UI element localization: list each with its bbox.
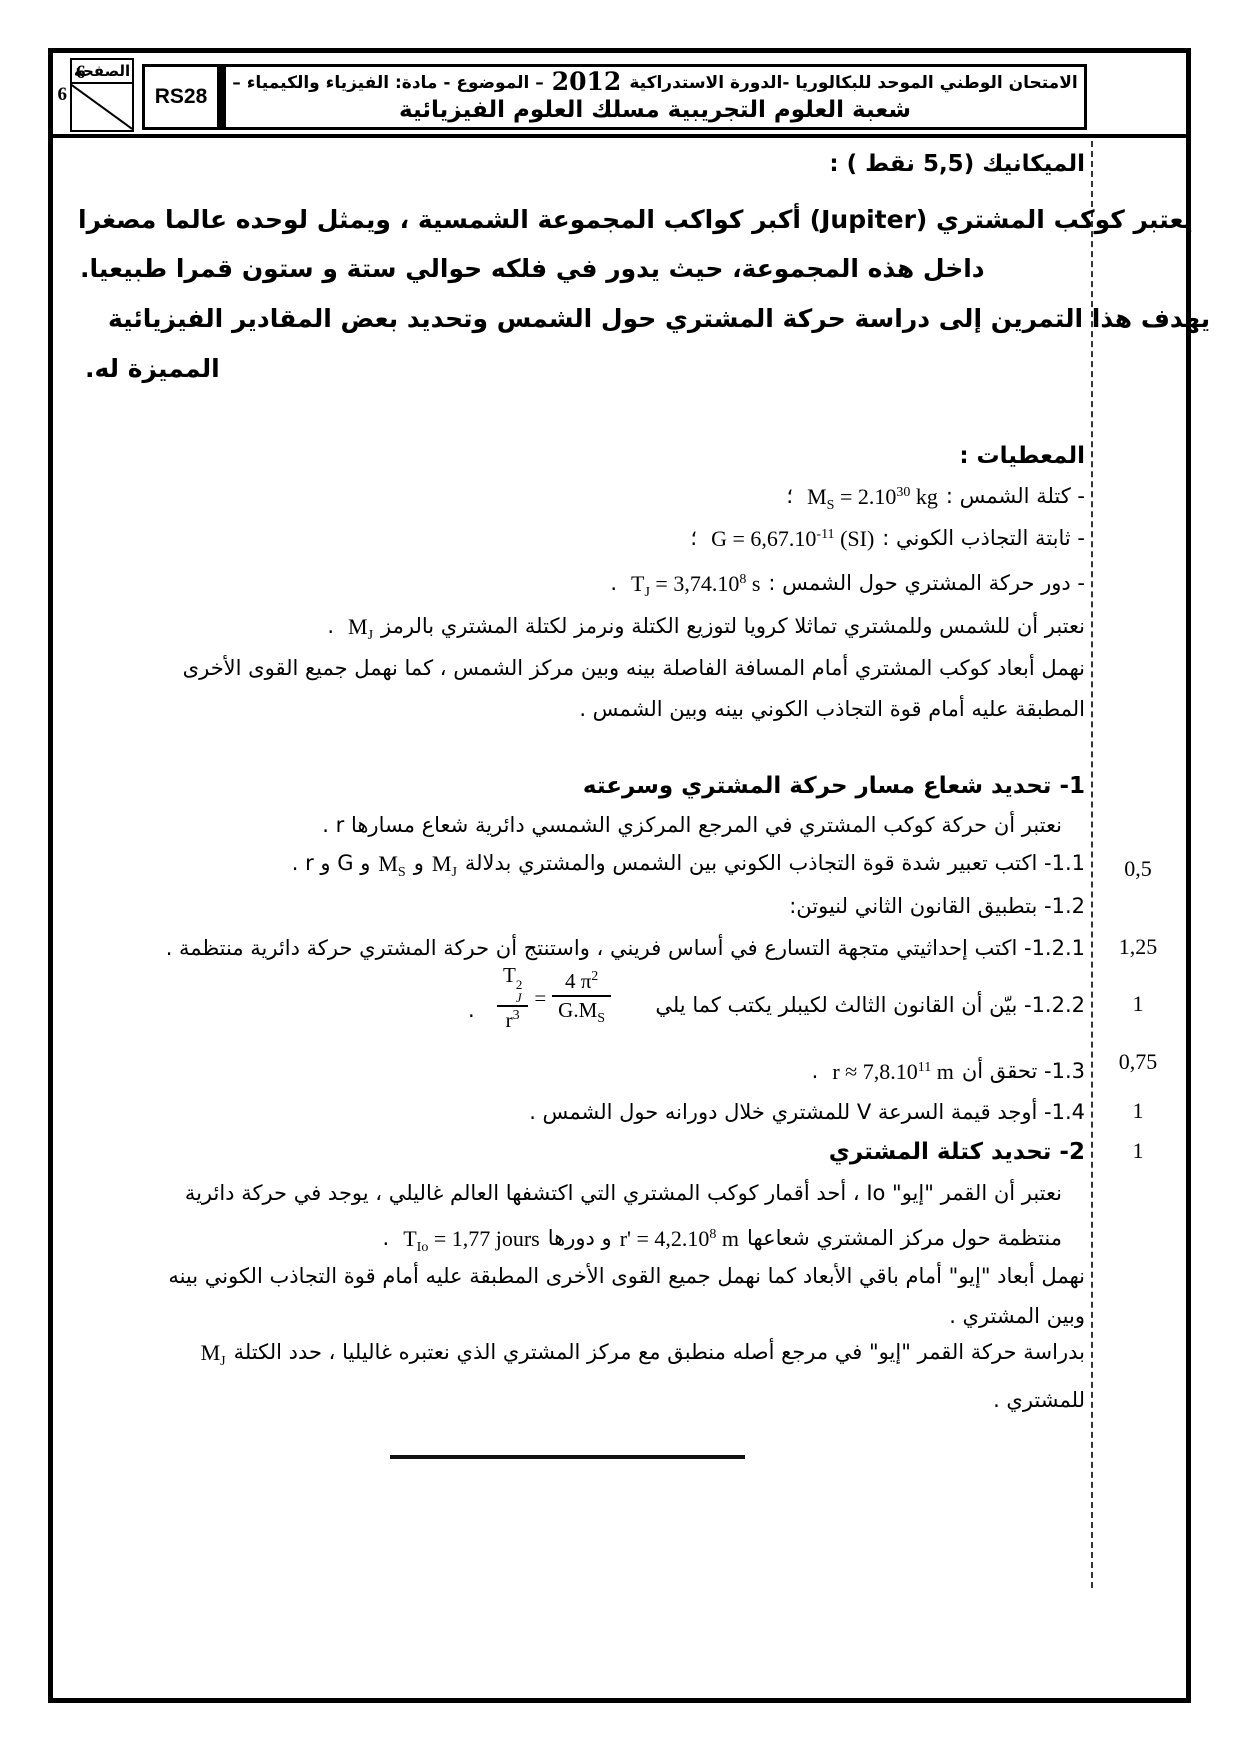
- question-1-2: 1.2- بتطبيق القانون الثاني لنيوتن:: [789, 891, 1085, 921]
- header-titles: الامتحان الوطني الموحد للبكالوريا -الدور…: [226, 67, 1084, 127]
- arabic-semicolon: ؛: [690, 526, 697, 550]
- mark-q1-2-1: 1,25: [1093, 934, 1183, 960]
- question-1-2-1: 1.2.1- اكتب إحداثيتي متجهة التسارع في أس…: [166, 933, 1085, 963]
- page-current: 6: [58, 84, 68, 106]
- question-2-intro-line-1: نعتبر أن القمر "إيو" Io ، أحد أقمار كوكب…: [185, 1178, 1062, 1208]
- question-2-task-line-2: للمشتري .: [993, 1385, 1085, 1415]
- question-2-note-line-2: وبين المشتري .: [949, 1301, 1085, 1331]
- left-fraction: T2J r3: [497, 963, 528, 1033]
- equals-sign: =: [534, 986, 546, 1011]
- io-period-value: TIo = 1,77 jours: [403, 1224, 540, 1263]
- exam-year: 2012: [552, 67, 622, 96]
- exam-title-line1: الامتحان الوطني الموحد للبكالوريا -الدور…: [232, 70, 1077, 95]
- page-number-box: الصفحة 6 6: [70, 58, 134, 132]
- exam-title-line2: شعبة العلوم التجريبية مسلك العلوم الفيزي…: [399, 95, 911, 125]
- mark-q1-1: 0,5: [1093, 856, 1183, 882]
- dot: .: [383, 1226, 390, 1250]
- arabic-semicolon: ؛: [786, 484, 793, 508]
- mark-q1-2-2: 1: [1093, 991, 1183, 1017]
- symbol-mj: MJ: [432, 849, 457, 888]
- period-value: TJ = 3,74.108 s: [631, 565, 760, 608]
- g-label: - ثابتة التجاذب الكوني :: [882, 526, 1085, 550]
- mark-q2: 1: [1093, 1138, 1183, 1164]
- right-fraction: 4 π2 G.MS: [552, 969, 611, 1027]
- title-pre: الامتحان الوطني الموحد للبكالوريا -الدور…: [629, 73, 1077, 93]
- dot: .: [327, 614, 334, 638]
- data-line-jupiter-period: - دور حركة المشتري حول الشمس :TJ = 3,74.…: [604, 565, 1085, 608]
- formula-end-dot: .: [468, 995, 475, 1025]
- question-2-heading: 2- تحديد كتلة المشتري: [829, 1137, 1085, 1167]
- note-neglect-line-1: نهمل أبعاد كوكب المشتري أمام المسافة الف…: [183, 653, 1085, 683]
- mark-q1-3: 0,75: [1093, 1049, 1183, 1075]
- question-1-3: 1.3- تحقق أنr ≈ 7,8.1011 m.: [806, 1053, 1085, 1087]
- exercise-heading: الميكانيك (5,5 نقط ) :: [829, 149, 1085, 179]
- symbol-ms: MS: [378, 849, 405, 888]
- data-heading: المعطيات :: [959, 441, 1085, 471]
- data-line-gravitation-constant: - ثابتة التجاذب الكوني :G = 6,67.10-11 (…: [684, 520, 1085, 554]
- question-1-heading: 1- تحديد شعاع مسار حركة المشتري وسرعته: [583, 771, 1085, 801]
- note-spherical-symmetry: نعتبر أن للشمس وللمشتري تماثلا كرويا لتو…: [321, 611, 1085, 651]
- mark-q1-4: 1: [1093, 1098, 1183, 1124]
- io-radius-value: r' = 4,2.108 m: [620, 1220, 739, 1254]
- header-box: RS28 الامتحان الوطني الموحد للبكالوريا -…: [142, 64, 1087, 130]
- question-1-1: 1.1- اكتب تعبير شدة قوة التجاذب الكوني ب…: [292, 848, 1085, 888]
- intro-line-3: يهدف هذا التمرين إلى دراسة حركة المشتري …: [108, 302, 1210, 336]
- question-1-intro: نعتبر أن حركة كوكب المشتري في المرجع الم…: [322, 810, 1062, 840]
- g-value: G = 6,67.10-11 (SI): [711, 520, 874, 554]
- period-dot: .: [610, 571, 617, 595]
- intro-line-2: داخل هذه المجموعة، حيث يدور في فلكه حوال…: [80, 252, 985, 286]
- diagonal-line: [71, 84, 133, 130]
- period-label: - دور حركة المشتري حول الشمس :: [768, 571, 1085, 595]
- question-2-note-line-1: نهمل أبعاد "إيو" أمام باقي الأبعاد كما ن…: [168, 1261, 1085, 1291]
- note-neglect-line-2: المطبقة عليه أمام قوة التجاذب الكوني بين…: [579, 694, 1085, 724]
- exam-page: { "header": { "page_label": "الصفحة", "p…: [0, 0, 1240, 1752]
- symbol-mj: MJ: [348, 612, 373, 651]
- title-post: – الموضوع - مادة: الفيزياء والكيمياء –: [232, 73, 543, 93]
- end-of-exercise-line: [390, 1455, 745, 1459]
- radius-value: r ≈ 7,8.1011 m: [832, 1053, 954, 1087]
- dot: .: [812, 1059, 819, 1083]
- intro-line-4: المميزة له.: [85, 352, 220, 386]
- question-2-intro-line-2: منتظمة حول مركز المشتري شعاعهاr' = 4,2.1…: [377, 1220, 1062, 1263]
- header-thick-divider: [217, 67, 226, 127]
- sun-mass-label: - كتلة الشمس :: [946, 484, 1085, 508]
- exam-code: RS28: [145, 67, 217, 127]
- header-divider-line: [48, 134, 1191, 138]
- question-1-2-2: 1.2.2- بيّن أن القانون الثالث لكيبلر يكت…: [655, 990, 1085, 1020]
- kepler-third-law-formula: T2J r3 = 4 π2 G.MS: [497, 963, 611, 1033]
- question-2-task-line-1: بدراسة حركة القمر "إيو" في مرجع أصله منط…: [193, 1337, 1085, 1377]
- sun-mass-value: MS = 2.1030 kg: [807, 478, 938, 521]
- page-total: 6: [76, 62, 86, 84]
- intro-line-1: يعتبر كوكب المشتري (Jupiter) أكبر كواكب …: [78, 203, 1193, 237]
- symbol-mj: MJ: [201, 1338, 226, 1377]
- data-line-sun-mass: - كتلة الشمس :MS = 2.1030 kg؛: [780, 478, 1085, 521]
- question-1-4: 1.4- أوجد قيمة السرعة V للمشتري خلال دور…: [529, 1097, 1085, 1127]
